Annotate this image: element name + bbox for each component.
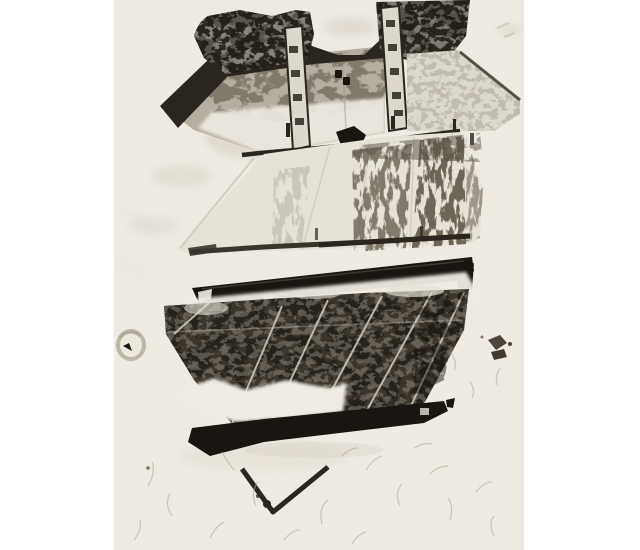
- photograph: [114, 0, 524, 550]
- boat-in-snow-illustration: [114, 0, 524, 550]
- page-background: [0, 0, 640, 550]
- film-grain: [114, 0, 524, 550]
